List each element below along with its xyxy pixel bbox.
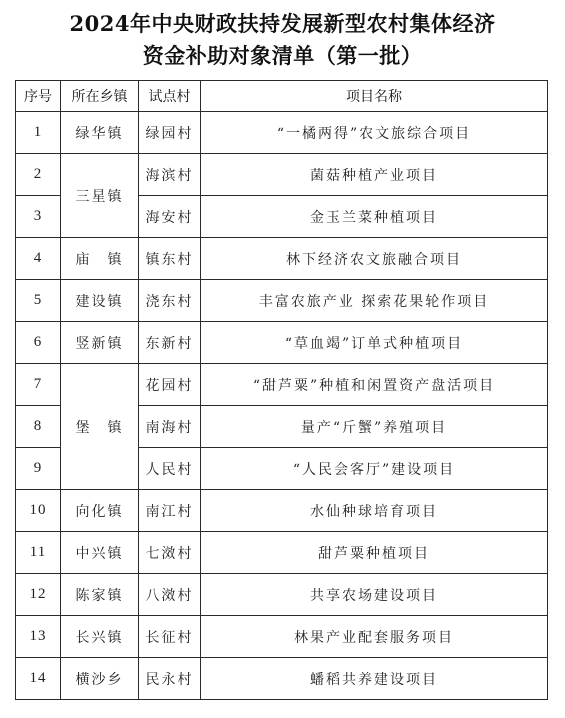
table-row: 1 绿华镇 绿园村 “一橘两得”农文旅综合项目: [16, 112, 548, 154]
cell-town: 堡 镇: [61, 364, 139, 490]
cell-town: 长兴镇: [61, 616, 139, 658]
cell-no: 2: [16, 154, 61, 196]
cell-project: 蟠稻共养建设项目: [201, 658, 548, 700]
table-row: 6 竖新镇 东新村 “草血竭”订单式种植项目: [16, 322, 548, 364]
cell-village: 南海村: [139, 406, 201, 448]
cell-village: 镇东村: [139, 238, 201, 280]
cell-no: 9: [16, 448, 61, 490]
table-header-row: 序号 所在乡镇 试点村 项目名称: [16, 81, 548, 112]
cell-town: 建设镇: [61, 280, 139, 322]
cell-no: 6: [16, 322, 61, 364]
cell-no: 10: [16, 490, 61, 532]
table-row: 12 陈家镇 八滧村 共享农场建设项目: [16, 574, 548, 616]
table-row: 11 中兴镇 七滧村 甜芦粟种植项目: [16, 532, 548, 574]
table-row: 14 横沙乡 民永村 蟠稻共养建设项目: [16, 658, 548, 700]
cell-village: 人民村: [139, 448, 201, 490]
header-no: 序号: [16, 81, 61, 112]
cell-no: 8: [16, 406, 61, 448]
cell-village: 南江村: [139, 490, 201, 532]
cell-village: 长征村: [139, 616, 201, 658]
cell-village: 东新村: [139, 322, 201, 364]
cell-village: 花园村: [139, 364, 201, 406]
cell-town: 中兴镇: [61, 532, 139, 574]
cell-no: 13: [16, 616, 61, 658]
cell-village: 民永村: [139, 658, 201, 700]
cell-village: 浇东村: [139, 280, 201, 322]
cell-project: “草血竭”订单式种植项目: [201, 322, 548, 364]
cell-village: 海安村: [139, 196, 201, 238]
cell-project: 甜芦粟种植项目: [201, 532, 548, 574]
cell-no: 11: [16, 532, 61, 574]
table-row: 13 长兴镇 长征村 林果产业配套服务项目: [16, 616, 548, 658]
cell-project: 菌菇种植产业项目: [201, 154, 548, 196]
cell-town: 陈家镇: [61, 574, 139, 616]
cell-no: 7: [16, 364, 61, 406]
cell-project: 林下经济农文旅融合项目: [201, 238, 548, 280]
cell-town: 向化镇: [61, 490, 139, 532]
cell-village: 八滧村: [139, 574, 201, 616]
document-title-line-2: 资金补助对象清单（第一批）: [0, 40, 565, 70]
cell-no: 12: [16, 574, 61, 616]
header-village: 试点村: [139, 81, 201, 112]
cell-no: 1: [16, 112, 61, 154]
cell-no: 14: [16, 658, 61, 700]
cell-town: 庙 镇: [61, 238, 139, 280]
cell-town: 绿华镇: [61, 112, 139, 154]
table-row: 2 三星镇 海滨村 菌菇种植产业项目: [16, 154, 548, 196]
cell-no: 3: [16, 196, 61, 238]
table-row: 5 建设镇 浇东村 丰富农旅产业 探索花果轮作项目: [16, 280, 548, 322]
cell-town: 三星镇: [61, 154, 139, 238]
cell-town: 竖新镇: [61, 322, 139, 364]
cell-no: 4: [16, 238, 61, 280]
document-title-line-1: 2024年中央财政扶持发展新型农村集体经济: [0, 8, 565, 38]
cell-project: 丰富农旅产业 探索花果轮作项目: [201, 280, 548, 322]
subsidy-table: 序号 所在乡镇 试点村 项目名称 1 绿华镇 绿园村 “一橘两得”农文旅综合项目…: [15, 80, 548, 700]
cell-project: 水仙种球培育项目: [201, 490, 548, 532]
cell-town: 横沙乡: [61, 658, 139, 700]
cell-project: 金玉兰菜种植项目: [201, 196, 548, 238]
cell-village: 绿园村: [139, 112, 201, 154]
table-row: 7 堡 镇 花园村 “甜芦粟”种植和闲置资产盘活项目: [16, 364, 548, 406]
header-project: 项目名称: [201, 81, 548, 112]
cell-project: 量产“斤蟹”养殖项目: [201, 406, 548, 448]
cell-project: “一橘两得”农文旅综合项目: [201, 112, 548, 154]
cell-no: 5: [16, 280, 61, 322]
cell-project: “人民会客厅”建设项目: [201, 448, 548, 490]
cell-project: 林果产业配套服务项目: [201, 616, 548, 658]
header-town: 所在乡镇: [61, 81, 139, 112]
cell-project: “甜芦粟”种植和闲置资产盘活项目: [201, 364, 548, 406]
cell-village: 海滨村: [139, 154, 201, 196]
cell-project: 共享农场建设项目: [201, 574, 548, 616]
cell-village: 七滧村: [139, 532, 201, 574]
table-row: 4 庙 镇 镇东村 林下经济农文旅融合项目: [16, 238, 548, 280]
table-row: 10 向化镇 南江村 水仙种球培育项目: [16, 490, 548, 532]
